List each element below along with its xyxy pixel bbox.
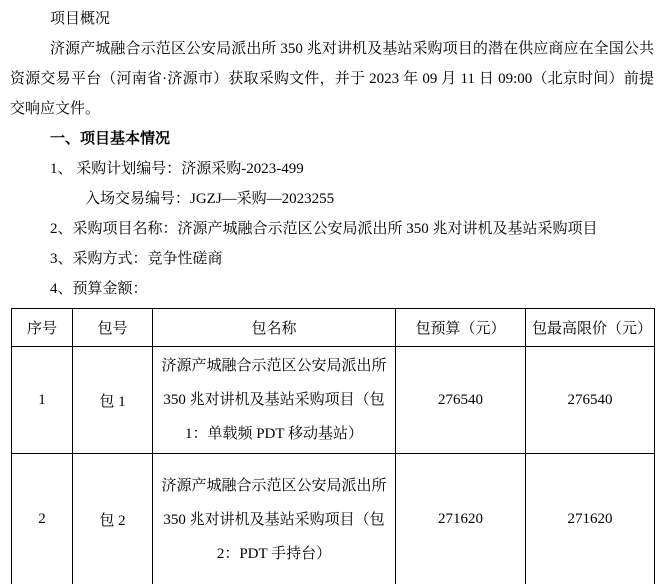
item-plan-number: 1、 采购计划编号：济源采购-2023-499 <box>50 154 654 184</box>
page-title: 项目概况 <box>50 4 654 34</box>
intro-paragraph: 济源产城融合示范区公安局派出所 350 兆对讲机及基站采购项目的潜在供应商应在全… <box>10 34 654 124</box>
table-row: 2 包 2 济源产城融合示范区公安局派出所 350 兆对讲机及基站采购项目（包 … <box>12 454 655 584</box>
cell-serial-number: 2 <box>12 454 73 584</box>
cell-serial-number: 1 <box>12 347 73 454</box>
header-cell-package-budget: 包预算（元） <box>396 309 526 347</box>
cell-package-number: 包 1 <box>73 347 153 454</box>
table-header-row: 序号 包号 包名称 包预算（元） 包最高限价（元） <box>12 309 655 347</box>
document: 项目概况 济源产城融合示范区公安局派出所 350 兆对讲机及基站采购项目的潜在供… <box>0 0 664 584</box>
cell-package-budget: 271620 <box>396 454 526 584</box>
header-cell-package-name: 包名称 <box>153 309 396 347</box>
item-budget-label: 4、预算金额： <box>50 274 654 304</box>
header-cell-package-number: 包号 <box>73 309 153 347</box>
cell-package-max-price: 271620 <box>526 454 655 584</box>
header-cell-serial-number: 序号 <box>12 309 73 347</box>
item-procurement-method: 3、采购方式：竞争性磋商 <box>50 244 654 274</box>
item-project-name: 2、采购项目名称：济源产城融合示范区公安局派出所 350 兆对讲机及基站采购项目 <box>50 214 654 244</box>
header-cell-package-max-price: 包最高限价（元） <box>526 309 655 347</box>
item-entry-number: 入场交易编号：JGZJ—采购—2023255 <box>85 184 654 214</box>
cell-package-name: 济源产城融合示范区公安局派出所 350 兆对讲机及基站采购项目（包 2：PDT … <box>153 454 396 584</box>
cell-package-budget: 276540 <box>396 347 526 454</box>
cell-package-number: 包 2 <box>73 454 153 584</box>
cell-package-max-price: 276540 <box>526 347 655 454</box>
table-row: 1 包 1 济源产城融合示范区公安局派出所 350 兆对讲机及基站采购项目（包 … <box>12 347 655 454</box>
cell-package-name: 济源产城融合示范区公安局派出所 350 兆对讲机及基站采购项目（包 1：单载频 … <box>153 347 396 454</box>
section-heading: 一、项目基本情况 <box>50 124 654 154</box>
budget-table: 序号 包号 包名称 包预算（元） 包最高限价（元） 1 包 1 济源产城融合示范… <box>11 308 655 584</box>
